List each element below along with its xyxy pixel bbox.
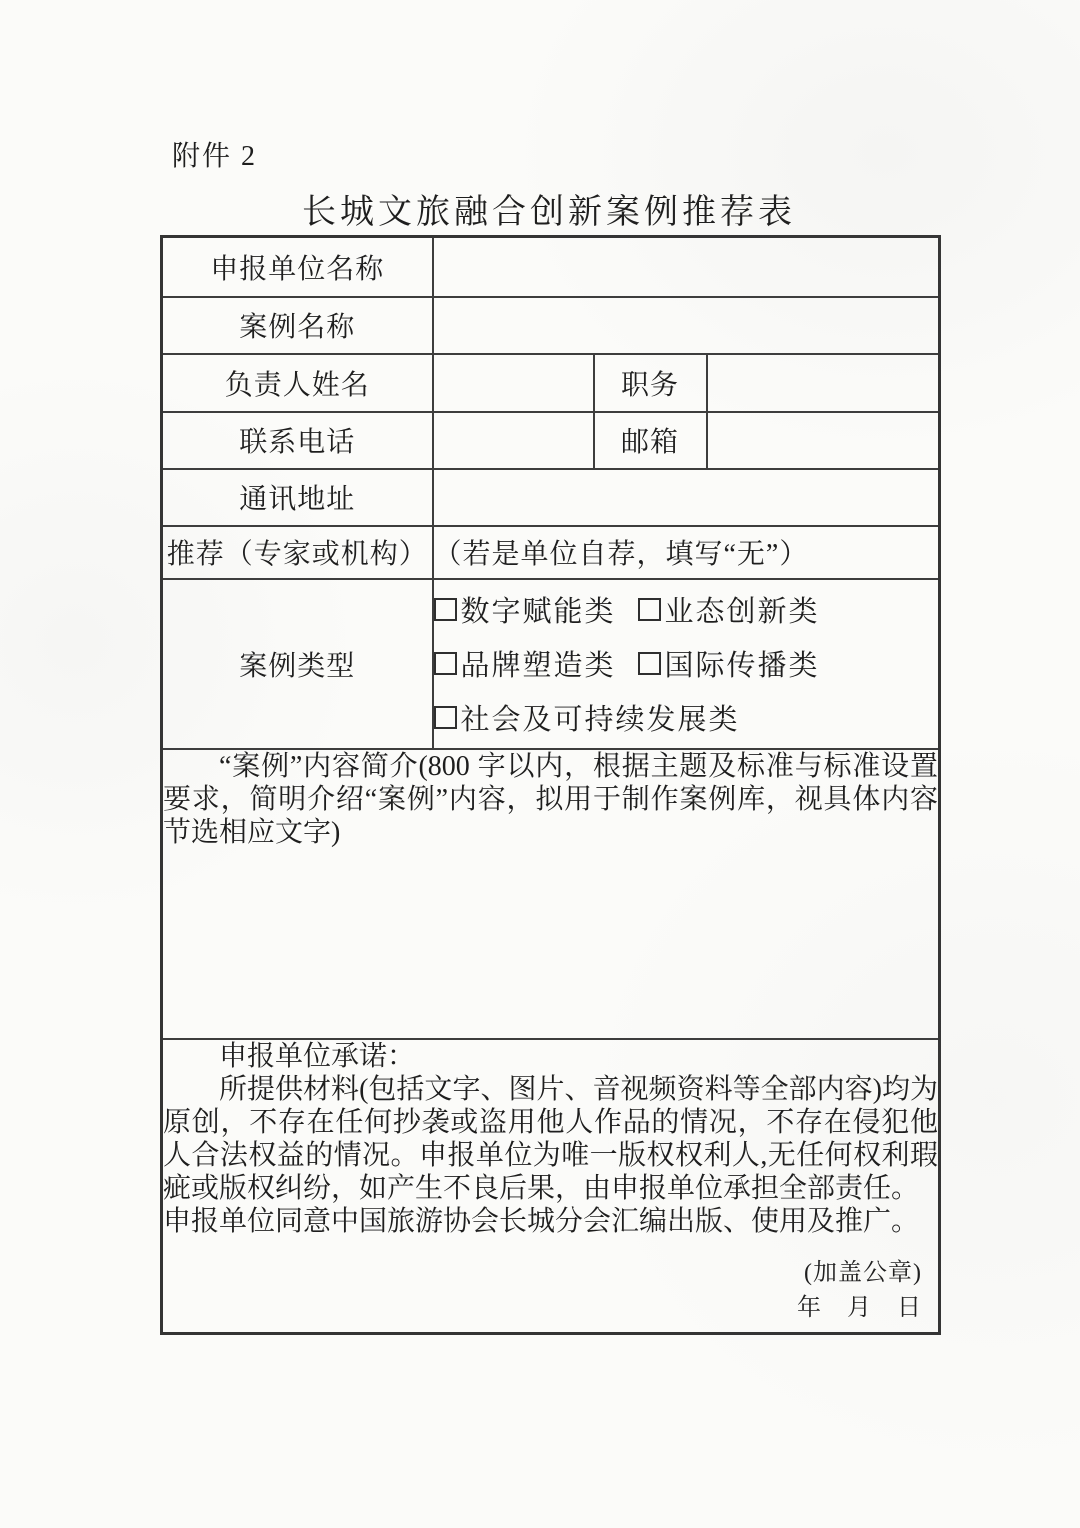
checkbox-label: 国际传播类 — [665, 643, 820, 684]
row-commitment: 申报单位承诺： 所提供材料(包括文字、图片、音视频资料等全部内容)均为原创，不存… — [162, 1039, 940, 1334]
case-type-options: 数字赋能类 业态创新类 品牌塑造类 国际传播类 — [433, 579, 940, 749]
checkbox-business-innovation[interactable]: 业态创新类 — [638, 589, 820, 630]
date-line: 年 月 日 — [797, 1291, 922, 1326]
row-address: 通讯地址 — [162, 469, 940, 526]
commitment-heading: 申报单位承诺： — [163, 1040, 938, 1073]
document-title: 长城文旅融合创新案例推荐表 — [160, 184, 938, 233]
checkbox-icon — [434, 598, 457, 621]
field-input-address[interactable] — [433, 469, 940, 526]
case-intro-instructions: “案例”内容简介(800 字以内，根据主题及标准与标准设置要求，简明介绍“案例”… — [163, 750, 938, 849]
field-label-leader-name: 负责人姓名 — [162, 354, 433, 412]
field-input-leader-name[interactable] — [433, 354, 594, 412]
checkbox-label: 品牌塑造类 — [461, 643, 616, 684]
recommendation-form-table: 申报单位名称 案例名称 负责人姓名 职务 联系电话 邮箱 通讯地址 推荐（专家或… — [160, 235, 941, 1335]
scanned-document-page: 附件 2 长城文旅融合创新案例推荐表 申报单位名称 案例名称 负责人姓名 职务 … — [0, 0, 1080, 1528]
field-input-unit-name[interactable] — [433, 237, 940, 297]
row-leader: 负责人姓名 职务 — [162, 354, 940, 412]
field-label-phone: 联系电话 — [162, 412, 433, 469]
checkbox-international-communication[interactable]: 国际传播类 — [638, 643, 820, 684]
row-case-name: 案例名称 — [162, 297, 940, 354]
commitment-area: 申报单位承诺： 所提供材料(包括文字、图片、音视频资料等全部内容)均为原创，不存… — [162, 1039, 940, 1334]
field-input-phone[interactable] — [433, 412, 594, 469]
case-type-line-2: 品牌塑造类 国际传播类 — [434, 637, 939, 691]
checkbox-digital-empowerment[interactable]: 数字赋能类 — [434, 589, 616, 630]
field-label-email: 邮箱 — [594, 412, 707, 469]
seal-note: (加盖公章) — [797, 1256, 922, 1291]
field-label-case-type: 案例类型 — [162, 579, 433, 749]
seal-and-date-block: (加盖公章) 年 月 日 — [797, 1256, 922, 1326]
case-type-line-1: 数字赋能类 业态创新类 — [434, 583, 939, 637]
field-input-position[interactable] — [707, 354, 940, 412]
field-label-position: 职务 — [594, 354, 707, 412]
commitment-agreement: 申报单位同意中国旅游协会长城分会汇编出版、使用及推广。 — [163, 1205, 938, 1238]
field-input-recommender[interactable]: （若是单位自荐，填写“无”） — [433, 526, 940, 579]
field-label-case-name: 案例名称 — [162, 297, 433, 354]
attachment-label: 附件 2 — [172, 134, 257, 174]
row-recommender: 推荐（专家或机构） （若是单位自荐，填写“无”） — [162, 526, 940, 579]
checkbox-label: 数字赋能类 — [461, 589, 616, 630]
checkbox-icon — [638, 652, 661, 675]
checkbox-brand-building[interactable]: 品牌塑造类 — [434, 643, 616, 684]
case-intro-area[interactable]: “案例”内容简介(800 字以内，根据主题及标准与标准设置要求，简明介绍“案例”… — [162, 749, 940, 1039]
field-input-email[interactable] — [707, 412, 940, 469]
field-label-recommender: 推荐（专家或机构） — [162, 526, 433, 579]
commitment-body: 所提供材料(包括文字、图片、音视频资料等全部内容)均为原创，不存在任何抄袭或盗用… — [163, 1073, 938, 1205]
row-contact: 联系电话 邮箱 — [162, 412, 940, 469]
checkbox-icon — [434, 652, 457, 675]
checkbox-icon — [638, 598, 661, 621]
row-case-type: 案例类型 数字赋能类 业态创新类 品牌塑造类 — [162, 579, 940, 749]
row-unit-name: 申报单位名称 — [162, 237, 940, 297]
field-input-case-name[interactable] — [433, 297, 940, 354]
checkbox-label: 业态创新类 — [665, 589, 820, 630]
checkbox-label: 社会及可持续发展类 — [461, 697, 740, 738]
field-label-address: 通讯地址 — [162, 469, 433, 526]
field-label-unit-name: 申报单位名称 — [162, 237, 433, 297]
case-type-line-3: 社会及可持续发展类 — [434, 691, 939, 745]
checkbox-icon — [434, 706, 457, 729]
row-case-intro: “案例”内容简介(800 字以内，根据主题及标准与标准设置要求，简明介绍“案例”… — [162, 749, 940, 1039]
checkbox-social-sustainable-development[interactable]: 社会及可持续发展类 — [434, 697, 740, 738]
